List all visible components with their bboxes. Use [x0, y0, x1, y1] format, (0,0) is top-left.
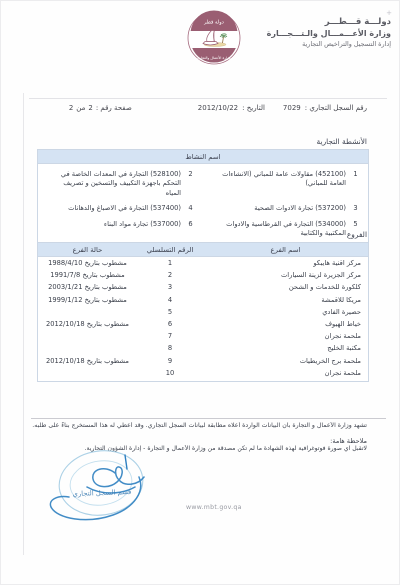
page-total: 2: [69, 104, 73, 112]
branch-serial: 10: [137, 369, 203, 377]
activity-text: (537400) التجارة في الاصباغ والدهانات: [46, 204, 181, 213]
activity-text: (534000) التجارة في القرطاسية والادوات ا…: [211, 220, 346, 239]
activity-number: 4: [186, 204, 195, 212]
branches-section-title: الفروع: [347, 230, 367, 239]
activity-text: (537200) تجارة الادوات الصحية: [211, 204, 346, 213]
activity-item: 6 (537000) تجارة مواد البناء: [46, 220, 195, 239]
branches-table-header: اسم الفرع الرقم التسلسلي حالة الفرع: [38, 243, 368, 257]
branch-serial: 3: [137, 283, 203, 291]
important-note-title: ملاحظة هامة:: [330, 437, 367, 445]
branch-serial: 9: [137, 357, 203, 365]
branch-serial-column-header: الرقم التسلسلي: [137, 246, 203, 254]
table-row: مكتبة الخليج 8: [38, 342, 368, 354]
table-row: حصيرة الفادي 5: [38, 306, 368, 318]
page-of-label: من: [76, 104, 85, 112]
page-number: 2: [88, 104, 92, 112]
state-name: دولـــة قـــطـــر: [267, 17, 391, 27]
document-meta-row: رقم السجل التجاري : 7029 التاريخ : 2012/…: [33, 104, 367, 112]
table-row: ملحمة برج الخريطيات 9 مشطوب بتاريخ 2012/…: [38, 355, 368, 367]
branch-status-column-header: حالة الفرع: [38, 246, 137, 254]
scan-edge-line: [23, 93, 24, 555]
activity-number: 5: [351, 220, 360, 228]
branch-name: ملحمة نجران: [203, 369, 368, 377]
activity-number: 3: [351, 204, 360, 212]
document-date: التاريخ : 2012/10/22: [198, 104, 265, 112]
table-row: مركز الجزيرة لزينة السيارات 2 مشطوب بتار…: [38, 269, 368, 281]
registration-number-label: رقم السجل التجاري :: [305, 104, 367, 112]
branch-name: كلكورة للخدمات و الشحن: [203, 283, 368, 291]
registration-number-value: 7029: [283, 104, 301, 112]
branch-serial: 5: [137, 308, 203, 316]
department-name: إدارة التسجيل والتراخيص التجارية: [267, 40, 391, 48]
footer-divider: [31, 418, 386, 419]
ministry-website-url: www.mbt.gov.qa: [186, 504, 242, 511]
activity-item: 1 (452100) مقاولات عامة للمباني (الانشاء…: [211, 170, 360, 198]
page-label: صفحة رقم :: [96, 104, 132, 112]
table-row: مريكا للاقمشة 4 مشطوب بتاريخ 1999/1/12: [38, 294, 368, 306]
qatar-ministry-emblem-icon: دولة قطر وزارة الأعمال والتجارة: [187, 9, 241, 71]
branch-serial: 4: [137, 296, 203, 304]
branch-status: مشطوب بتاريخ 1999/1/12: [38, 296, 137, 304]
activity-item: 4 (537400) التجارة في الاصباغ والدهانات: [46, 204, 195, 213]
svg-text:دولة قطر: دولة قطر: [203, 20, 224, 26]
meta-divider: [29, 98, 387, 99]
registration-number: رقم السجل التجاري : 7029: [283, 104, 367, 112]
branch-name: ملحمة برج الخريطيات: [203, 357, 368, 365]
svg-text:وزارة الأعمال والتجارة: وزارة الأعمال والتجارة: [197, 55, 231, 60]
activity-item: 5 (534000) التجارة في القرطاسية والادوات…: [211, 220, 360, 239]
branch-serial: 2: [137, 271, 203, 279]
branch-name: حصيرة الفادي: [203, 308, 368, 316]
registration-mark-icon: +: [386, 9, 392, 17]
branch-name: مركز اقنية هايبكو: [203, 259, 368, 267]
branch-name: ملحمة نجران: [203, 332, 368, 340]
branch-status: مشطوب بتاريخ 1988/4/10: [38, 259, 137, 267]
ministry-header: دولـــة قـــطـــر وزارة الأعـــمـــال وا…: [267, 17, 391, 48]
page-indicator: صفحة رقم : 2 من 2: [69, 104, 132, 112]
activity-text: (528100) التجارة في المعدات الخاصة في ال…: [46, 170, 181, 198]
branch-serial: 1: [137, 259, 203, 267]
branch-serial: 8: [137, 344, 203, 352]
certification-statement: تشهد وزارة الأعمال و التجارة بأن البيانا…: [31, 422, 367, 429]
branch-name-column-header: اسم الفرع: [203, 246, 368, 254]
activity-number: 1: [351, 170, 360, 178]
table-row: ملحمة نجران 10: [38, 367, 368, 379]
table-row: كلكورة للخدمات و الشحن 3 مشطوب بتاريخ 20…: [38, 281, 368, 293]
table-row: ملحمة نجران 7: [38, 330, 368, 342]
branch-status: مشطوب بتاريخ 1991/7/8: [38, 271, 137, 279]
branch-name: مريكا للاقمشة: [203, 296, 368, 304]
ministry-name: وزارة الأعـــمـــال والـتـــجـــارة: [267, 29, 391, 38]
activity-item: 3 (537200) تجارة الادوات الصحية: [211, 204, 360, 213]
branch-status: مشطوب بتاريخ 2012/10/18: [38, 357, 137, 365]
table-row: خياط الهيوف 6 مشطوب بتاريخ 2012/10/18: [38, 318, 368, 330]
branch-name: مركز الجزيرة لزينة السيارات: [203, 271, 368, 279]
activity-item: 2 (528100) التجارة في المعدات الخاصة في …: [46, 170, 195, 198]
branches-table: اسم الفرع الرقم التسلسلي حالة الفرع مركز…: [37, 242, 369, 382]
table-row: مركز اقنية هايبكو 1 مشطوب بتاريخ 1988/4/…: [38, 257, 368, 269]
stamp-and-signature: قسم السجل التجاري: [27, 447, 187, 539]
branch-status: مشطوب بتاريخ 2012/10/18: [38, 320, 137, 328]
date-value: 2012/10/22: [198, 104, 238, 112]
activity-number: 2: [186, 170, 195, 178]
branch-name: خياط الهيوف: [203, 320, 368, 328]
date-label: التاريخ :: [242, 104, 265, 112]
activities-table-header: اسم النشاط: [38, 150, 368, 164]
activity-text: (452100) مقاولات عامة للمباني (الانشاءات…: [211, 170, 346, 189]
activities-section-title: الأنشطة التجارية: [317, 137, 367, 146]
branch-name: مكتبة الخليج: [203, 344, 368, 352]
activity-number: 6: [186, 220, 195, 228]
branch-serial: 6: [137, 320, 203, 328]
scanned-commercial-registration-document: + دولة قطر وزارة الأعمال والتجارة دولـــ…: [0, 0, 400, 585]
branch-serial: 7: [137, 332, 203, 340]
branch-status: مشطوب بتاريخ 2003/1/21: [38, 283, 137, 291]
activity-text: (537000) تجارة مواد البناء: [46, 220, 181, 229]
